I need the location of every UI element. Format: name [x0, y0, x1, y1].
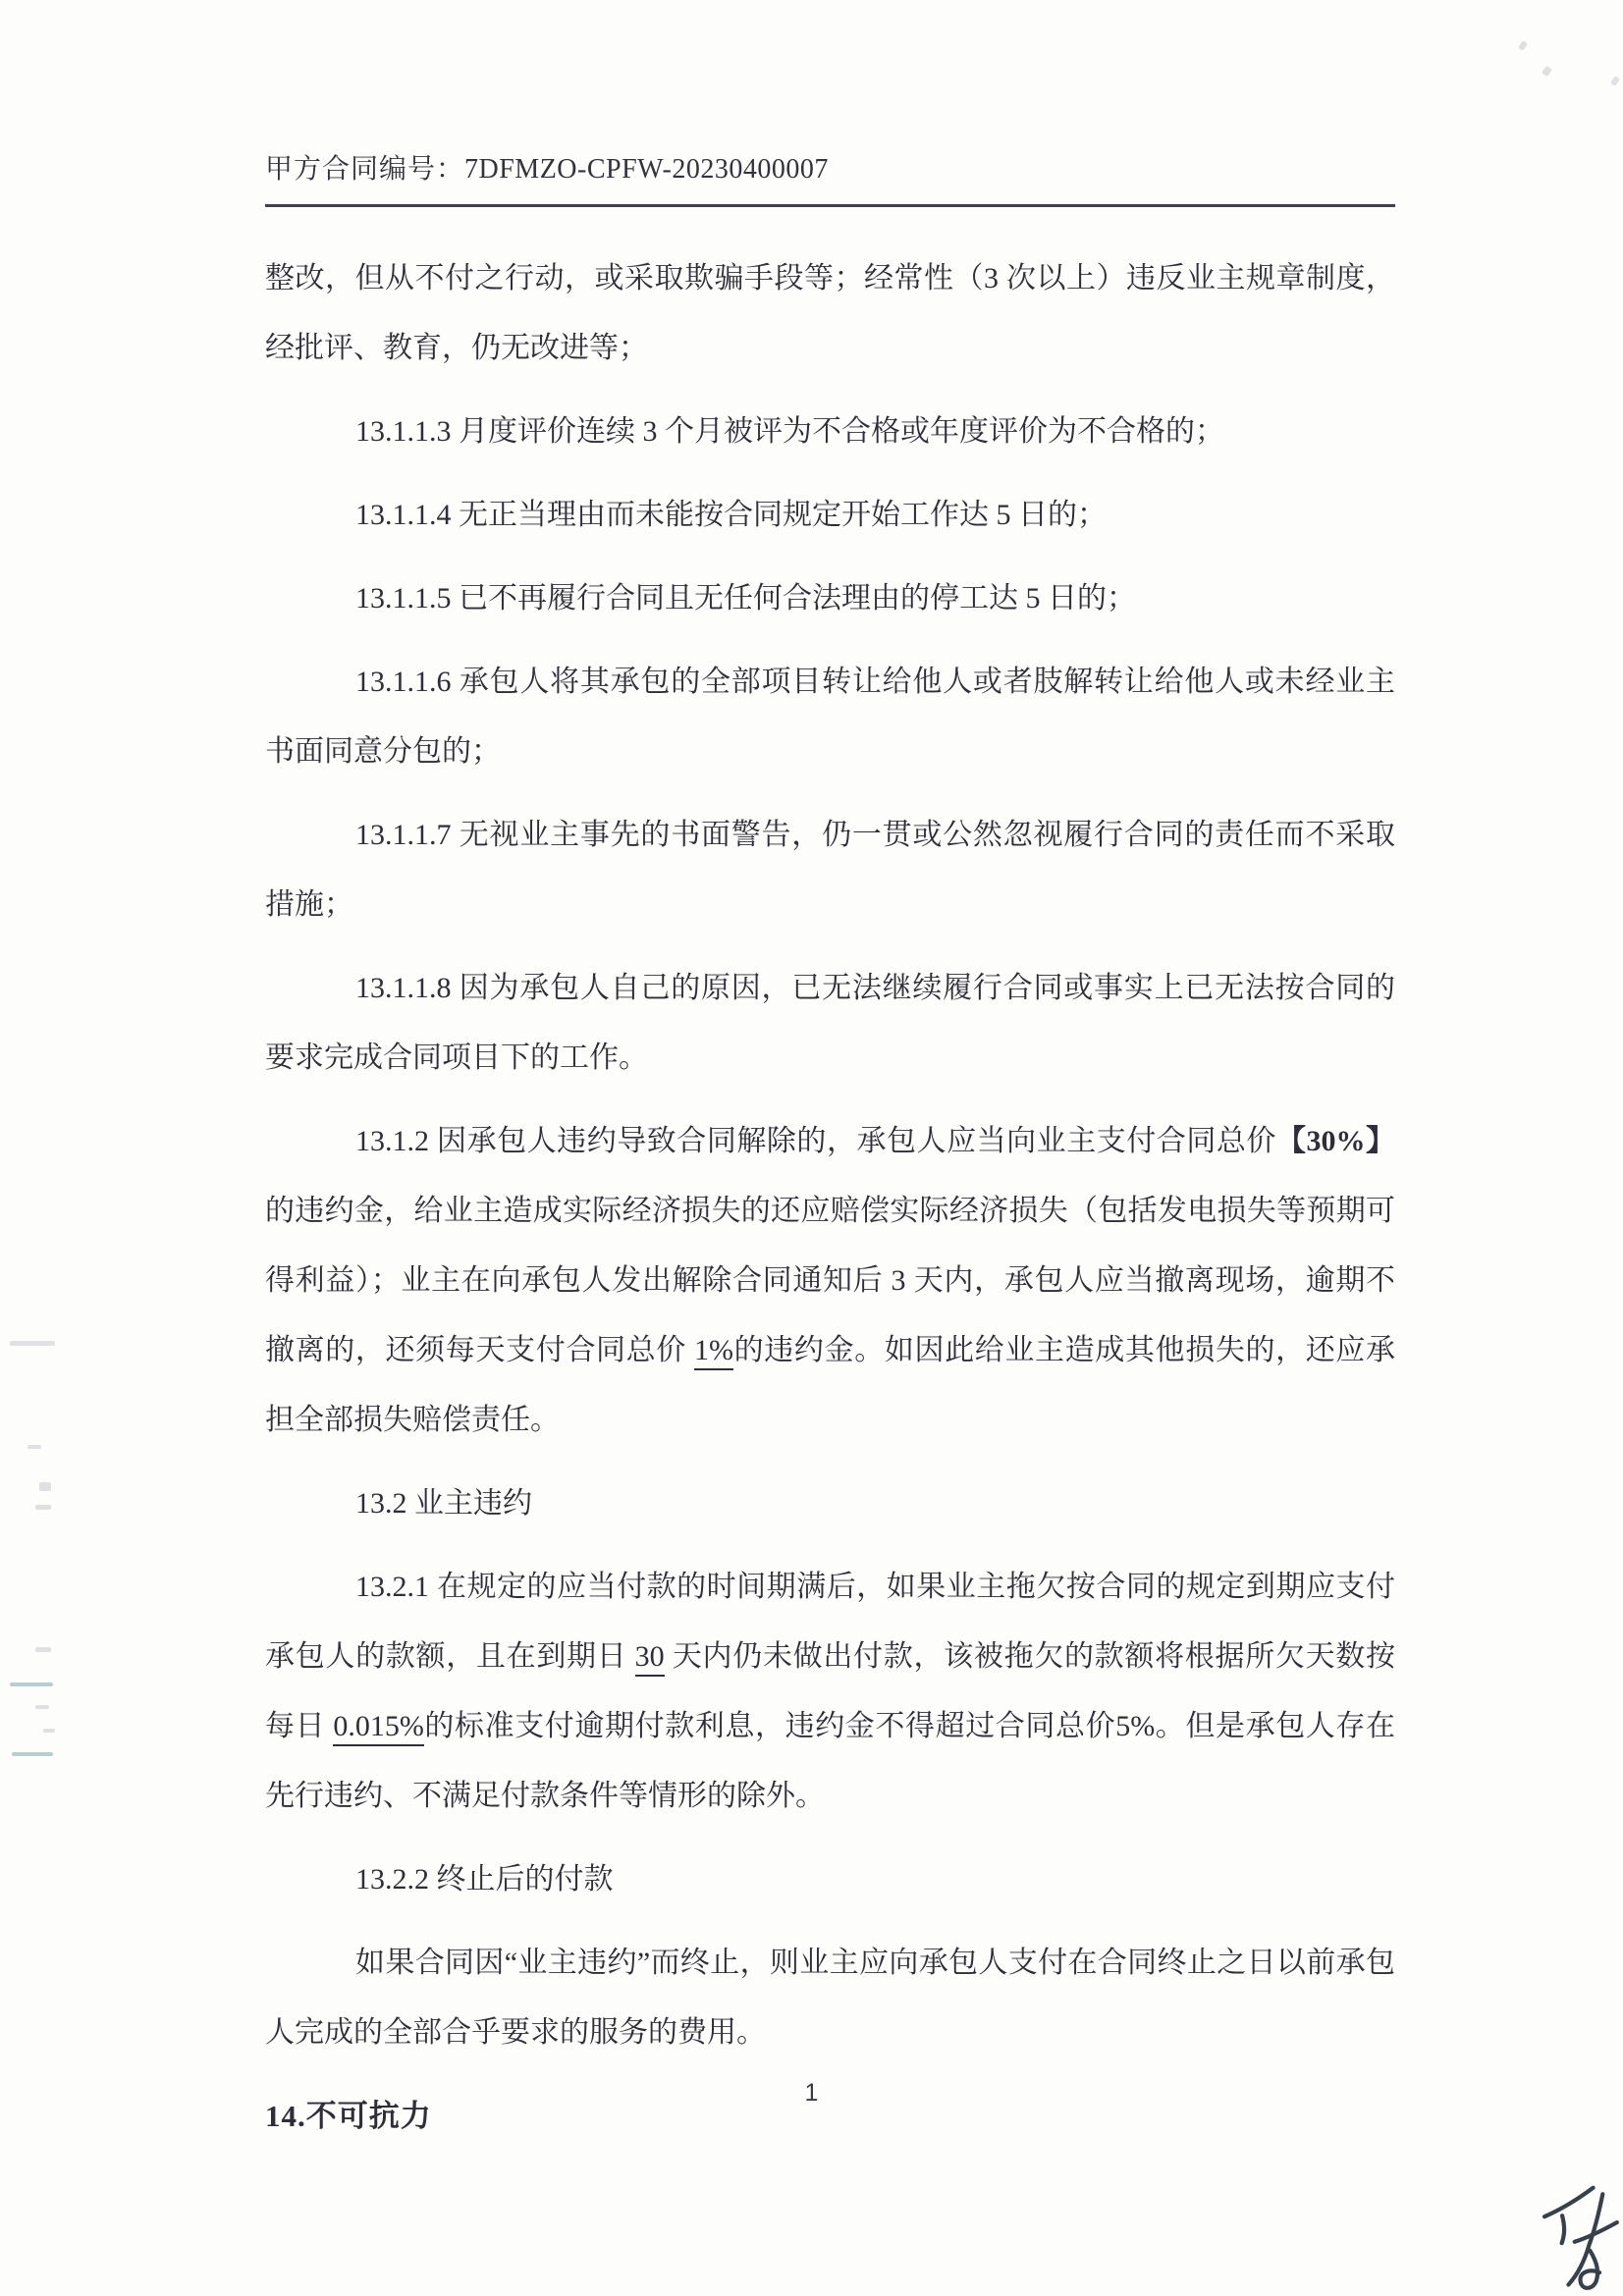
paragraph: 整改，但从不付之行动，或采取欺骗手段等；经常性（3 次以上）违反业主规章制度，经… [265, 243, 1395, 383]
scan-artifact [10, 1682, 53, 1686]
scan-artifact [10, 1341, 55, 1346]
text-run: 13.1.1.5 已不再履行合同且无任何合法理由的停工达 5 日的； [355, 582, 1136, 614]
scan-artifact [39, 1482, 51, 1491]
text-run: 如果合同因“业主违约”而终止，则业主应向承包人支付在合同终止之日以前承包人完成的… [265, 1947, 1395, 2049]
underlined-value: 1% [694, 1334, 733, 1370]
contract-number-label: 甲方合同编号： [265, 154, 464, 185]
scan-artifact [27, 1445, 41, 1449]
text-run: 13.2.2 终止后的付款 [355, 1863, 614, 1896]
text-run: 13.1.1.7 无视业主事先的书面警告，仍一贯或公然忽视履行合同的责任而不采取… [265, 819, 1395, 921]
page-number: 1 [0, 2079, 1623, 2108]
text-run: 的标准支付逾期付款利息，违约金不得超过合同总价5%。但是承包人存在先行违约、不满… [265, 1710, 1395, 1812]
paragraph: 13.1.1.4 无正当理由而未能按合同规定开始工作达 5 日的； [265, 480, 1395, 550]
text-run: 13.1.1.8 因为承包人自己的原因，已无法继续履行合同或事实上已无法按合同的… [265, 972, 1395, 1074]
document-body: 整改，但从不付之行动，或采取欺骗手段等；经常性（3 次以上）违反业主规章制度，经… [265, 243, 1395, 2164]
paragraph: 13.1.1.7 无视业主事先的书面警告，仍一贯或公然忽视履行合同的责任而不采取… [265, 800, 1395, 939]
paragraph: 13.1.1.6 承包人将其承包的全部项目转让给他人或者肢解转让给他人或未经业主… [265, 647, 1395, 786]
text-run: 整改，但从不付之行动，或采取欺骗手段等；经常性（3 次以上）违反业主规章制度，经… [265, 262, 1395, 364]
text-run: 13.1.1.3 月度评价连续 3 个月被评为不合格或年度评价为不合格的； [355, 415, 1224, 448]
scan-artifact [35, 1505, 51, 1510]
document-page: 甲方合同编号：7DFMZO-CPFW-20230400007 整改，但从不付之行… [0, 0, 1623, 2296]
handwritten-mark [1529, 2175, 1623, 2296]
scan-artifact [1518, 40, 1528, 51]
scan-artifact [43, 1729, 55, 1733]
scan-artifact [35, 1647, 51, 1652]
text-run: 13.1.1.4 无正当理由而未能按合同规定开始工作达 5 日的； [355, 499, 1107, 531]
paragraph: 13.1.1.8 因为承包人自己的原因，已无法继续履行合同或事实上已无法按合同的… [265, 953, 1395, 1093]
header: 甲方合同编号：7DFMZO-CPFW-20230400007 [265, 147, 1395, 207]
underlined-value: 0.015% [333, 1710, 424, 1746]
paragraph: 13.2.2 终止后的付款 [265, 1844, 1395, 1914]
text-run: 13.2 业主违约 [355, 1487, 532, 1520]
scan-artifact [12, 1752, 53, 1756]
paragraph: 13.2 业主违约 [265, 1468, 1395, 1538]
text-run: 13.1.1.6 承包人将其承包的全部项目转让给他人或者肢解转让给他人或未经业主… [265, 666, 1395, 768]
paragraph: 如果合同因“业主违约”而终止，则业主应向承包人支付在合同终止之日以前承包人完成的… [265, 1928, 1395, 2067]
scan-artifact [35, 1705, 49, 1709]
text-run: 13.1.2 因承包人违约导致合同解除的，承包人应当向业主支付合同总价 [355, 1125, 1276, 1157]
contract-number-value: 7DFMZO-CPFW-20230400007 [464, 154, 829, 185]
scan-artifact [1610, 76, 1620, 86]
scan-artifact [1542, 66, 1552, 77]
underlined-value: 30 [635, 1640, 665, 1677]
paragraph: 13.1.2 因承包人违约导致合同解除的，承包人应当向业主支付合同总价【30%】… [265, 1106, 1395, 1455]
paragraph: 13.1.1.3 月度评价连续 3 个月被评为不合格或年度评价为不合格的； [265, 397, 1395, 466]
paragraph: 13.2.1 在规定的应当付款的时间期满后，如果业主拖欠按合同的规定到期应支付承… [265, 1552, 1395, 1831]
paragraph: 13.1.1.5 已不再履行合同且无任何合法理由的停工达 5 日的； [265, 563, 1395, 633]
text-run: 【30%】 [1276, 1125, 1395, 1157]
